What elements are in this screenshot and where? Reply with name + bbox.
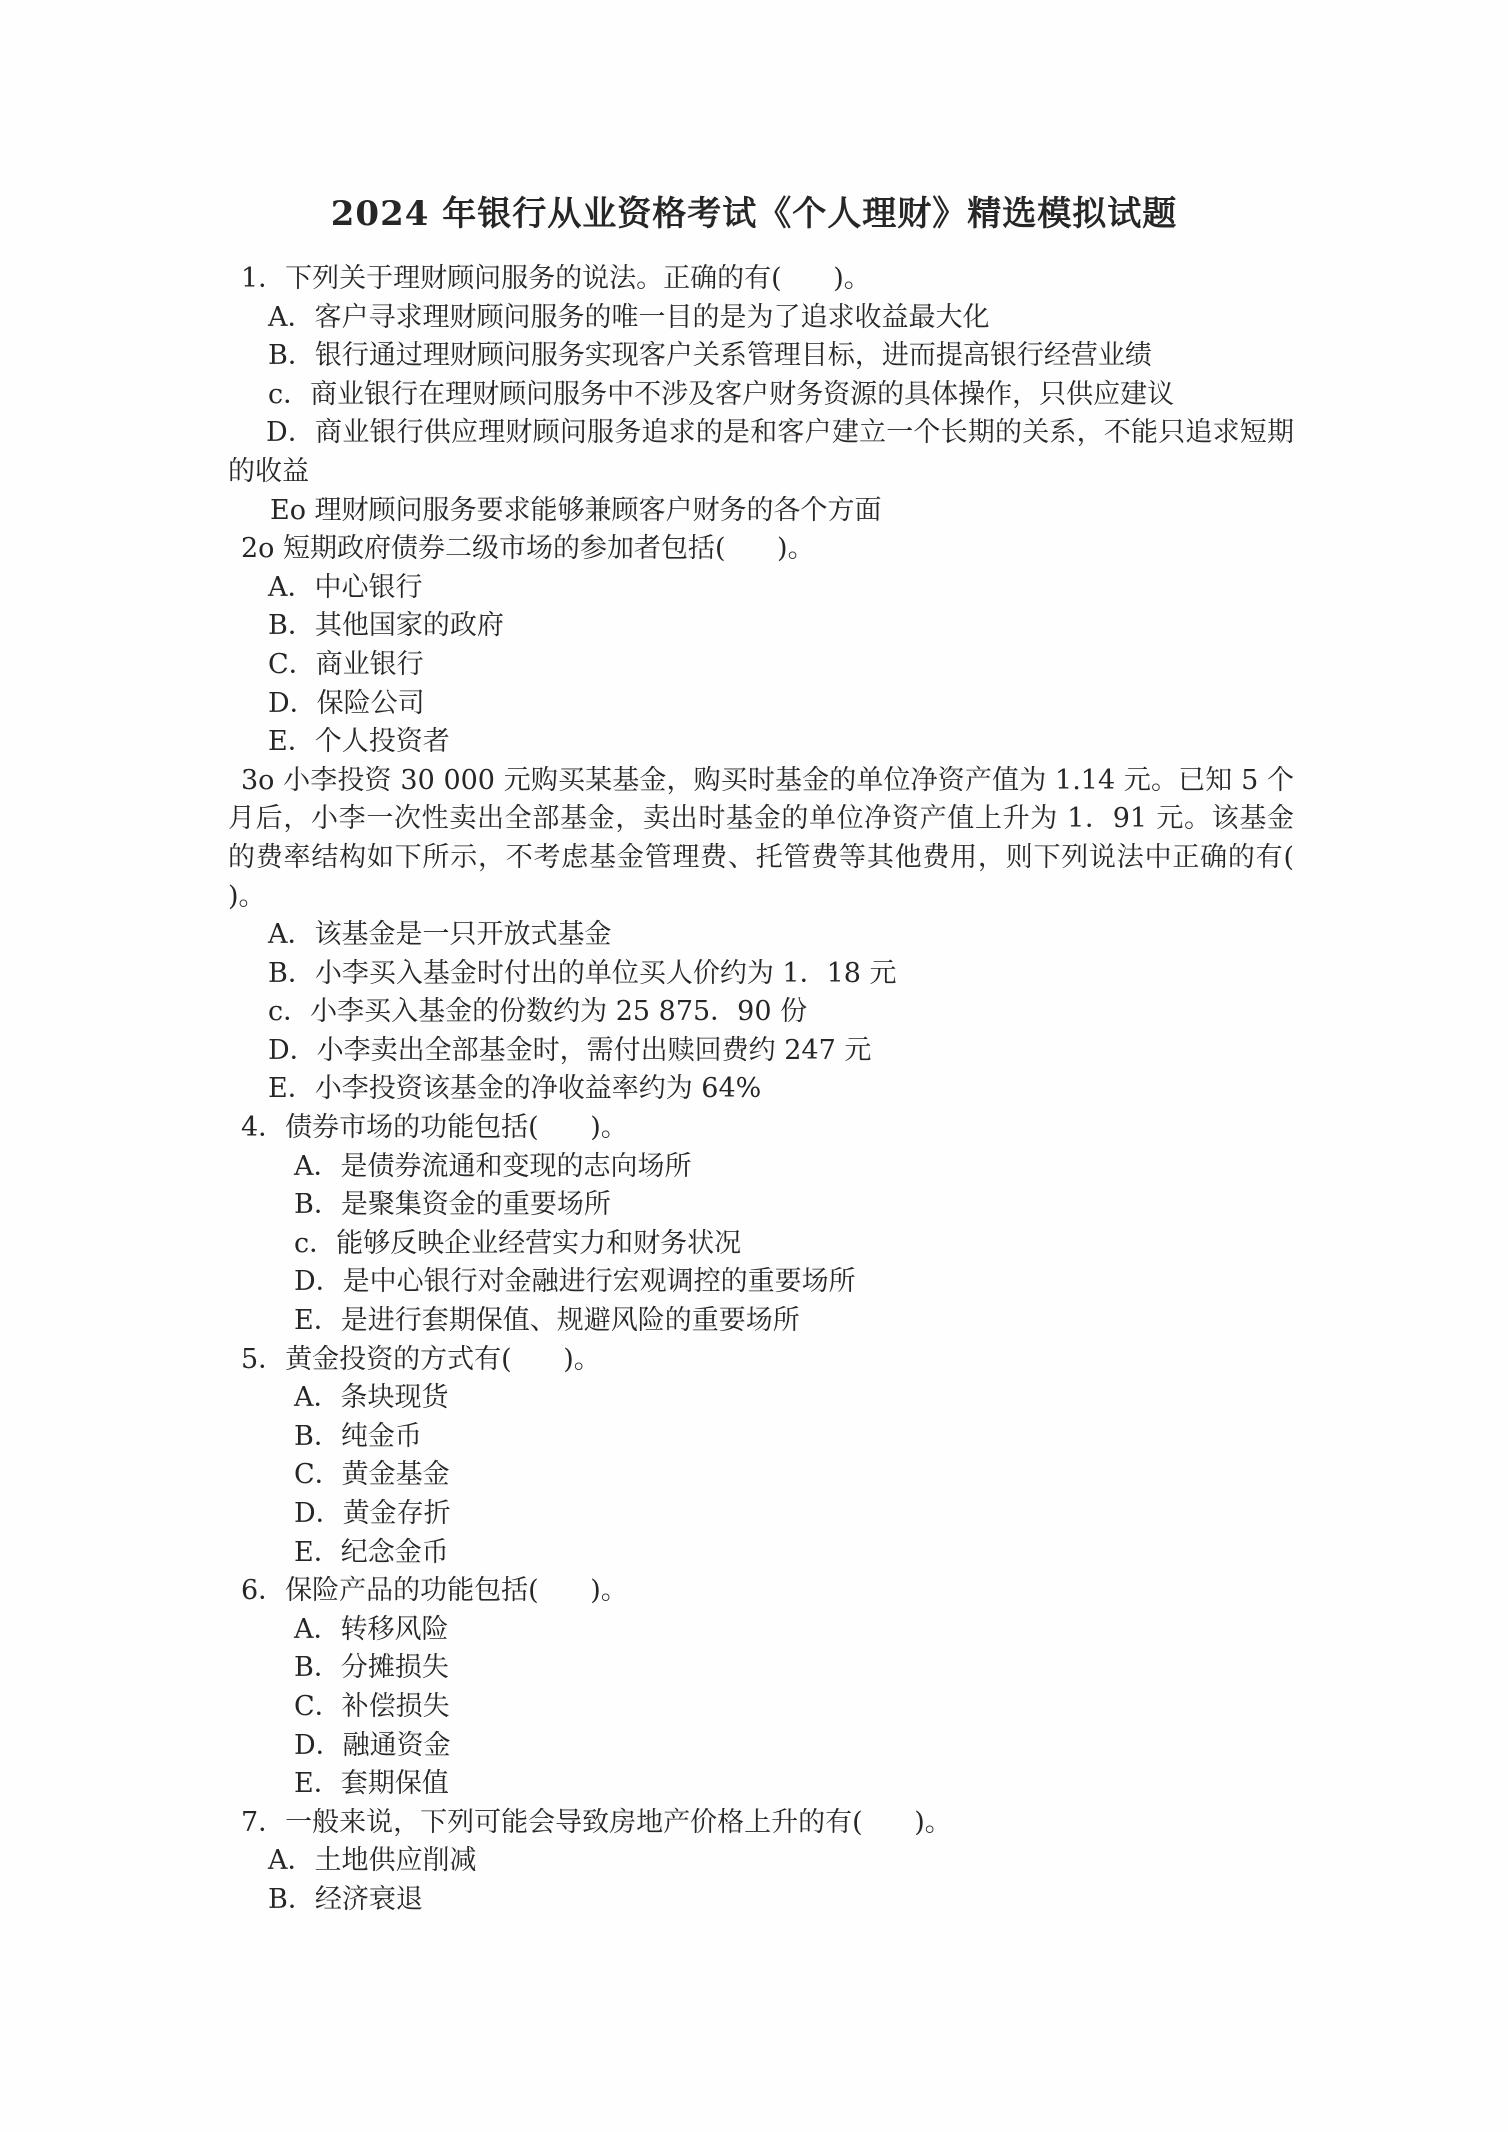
option-item: A．该基金是一只开放式基金 <box>228 916 1294 955</box>
option-item: D．黄金存折 <box>228 1495 1294 1534</box>
exam-page: 2024 年银行从业资格考试《个人理财》精选模拟试题 1．下列关于理财顾问服务的… <box>0 0 1508 2132</box>
question-stem: 1．下列关于理财顾问服务的说法。正确的有( )。 <box>228 260 1294 299</box>
option-item: C．商业银行 <box>228 646 1294 685</box>
option-item: A．条块现货 <box>228 1379 1294 1418</box>
option-item: A．中心银行 <box>228 569 1294 608</box>
option-item: E．套期保值 <box>228 1765 1294 1804</box>
option-item: B．分摊损失 <box>228 1649 1294 1688</box>
option-item: A．转移风险 <box>228 1611 1294 1650</box>
question-stem: 3o 小李投资 30 000 元购买某基金，购买时基金的单位净资产值为 1.14… <box>228 762 1294 916</box>
option-item: D．保险公司 <box>228 685 1294 724</box>
question-stem: 2o 短期政府债券二级市场的参加者包括( )。 <box>228 530 1294 569</box>
option-item: B．是聚集资金的重要场所 <box>228 1186 1294 1225</box>
option-item: c．商业银行在理财顾问服务中不涉及客户财务资源的具体操作，只供应建议 <box>228 376 1294 415</box>
page-title: 2024 年银行从业资格考试《个人理财》精选模拟试题 <box>0 193 1508 235</box>
option-item: C．黄金基金 <box>228 1456 1294 1495</box>
option-item: B．经济衰退 <box>228 1881 1294 1920</box>
option-item: E．小李投资该基金的净收益率约为 64% <box>228 1070 1294 1109</box>
option-item: B．其他国家的政府 <box>228 607 1294 646</box>
option-item: B．小李买入基金时付出的单位买人价约为 1．18 元 <box>228 955 1294 994</box>
option-item: E．是进行套期保值、规避风险的重要场所 <box>228 1302 1294 1341</box>
option-item: A．客户寻求理财顾问服务的唯一目的是为了追求收益最大化 <box>228 299 1294 338</box>
option-item: D．商业银行供应理财顾问服务追求的是和客户建立一个长期的关系，不能只追求短期的收… <box>228 414 1294 491</box>
option-item: E．个人投资者 <box>228 723 1294 762</box>
option-item: D．小李卖出全部基金时，需付出赎回费约 247 元 <box>228 1032 1294 1071</box>
option-item: E．纪念金币 <box>228 1534 1294 1573</box>
question-stem: 7．一般来说，下列可能会导致房地产价格上升的有( )。 <box>228 1804 1294 1843</box>
option-item: c．能够反映企业经营实力和财务状况 <box>228 1225 1294 1264</box>
questions-list: 1．下列关于理财顾问服务的说法。正确的有( )。A．客户寻求理财顾问服务的唯一目… <box>228 260 1294 1920</box>
option-item: B．银行通过理财顾问服务实现客户关系管理目标，进而提高银行经营业绩 <box>228 337 1294 376</box>
option-item: D．是中心银行对金融进行宏观调控的重要场所 <box>228 1263 1294 1302</box>
option-item: B．纯金币 <box>228 1418 1294 1457</box>
option-item: C．补偿损失 <box>228 1688 1294 1727</box>
option-item: Eo 理财顾问服务要求能够兼顾客户财务的各个方面 <box>228 492 1294 531</box>
option-item: A．土地供应削减 <box>228 1842 1294 1881</box>
option-item: D．融通资金 <box>228 1727 1294 1766</box>
option-item: c．小李买入基金的份数约为 25 875．90 份 <box>228 993 1294 1032</box>
question-stem: 6．保险产品的功能包括( )。 <box>228 1572 1294 1611</box>
option-item: A．是债券流通和变现的志向场所 <box>228 1148 1294 1187</box>
question-stem: 5．黄金投资的方式有( )。 <box>228 1341 1294 1380</box>
question-stem: 4．债券市场的功能包括( )。 <box>228 1109 1294 1148</box>
